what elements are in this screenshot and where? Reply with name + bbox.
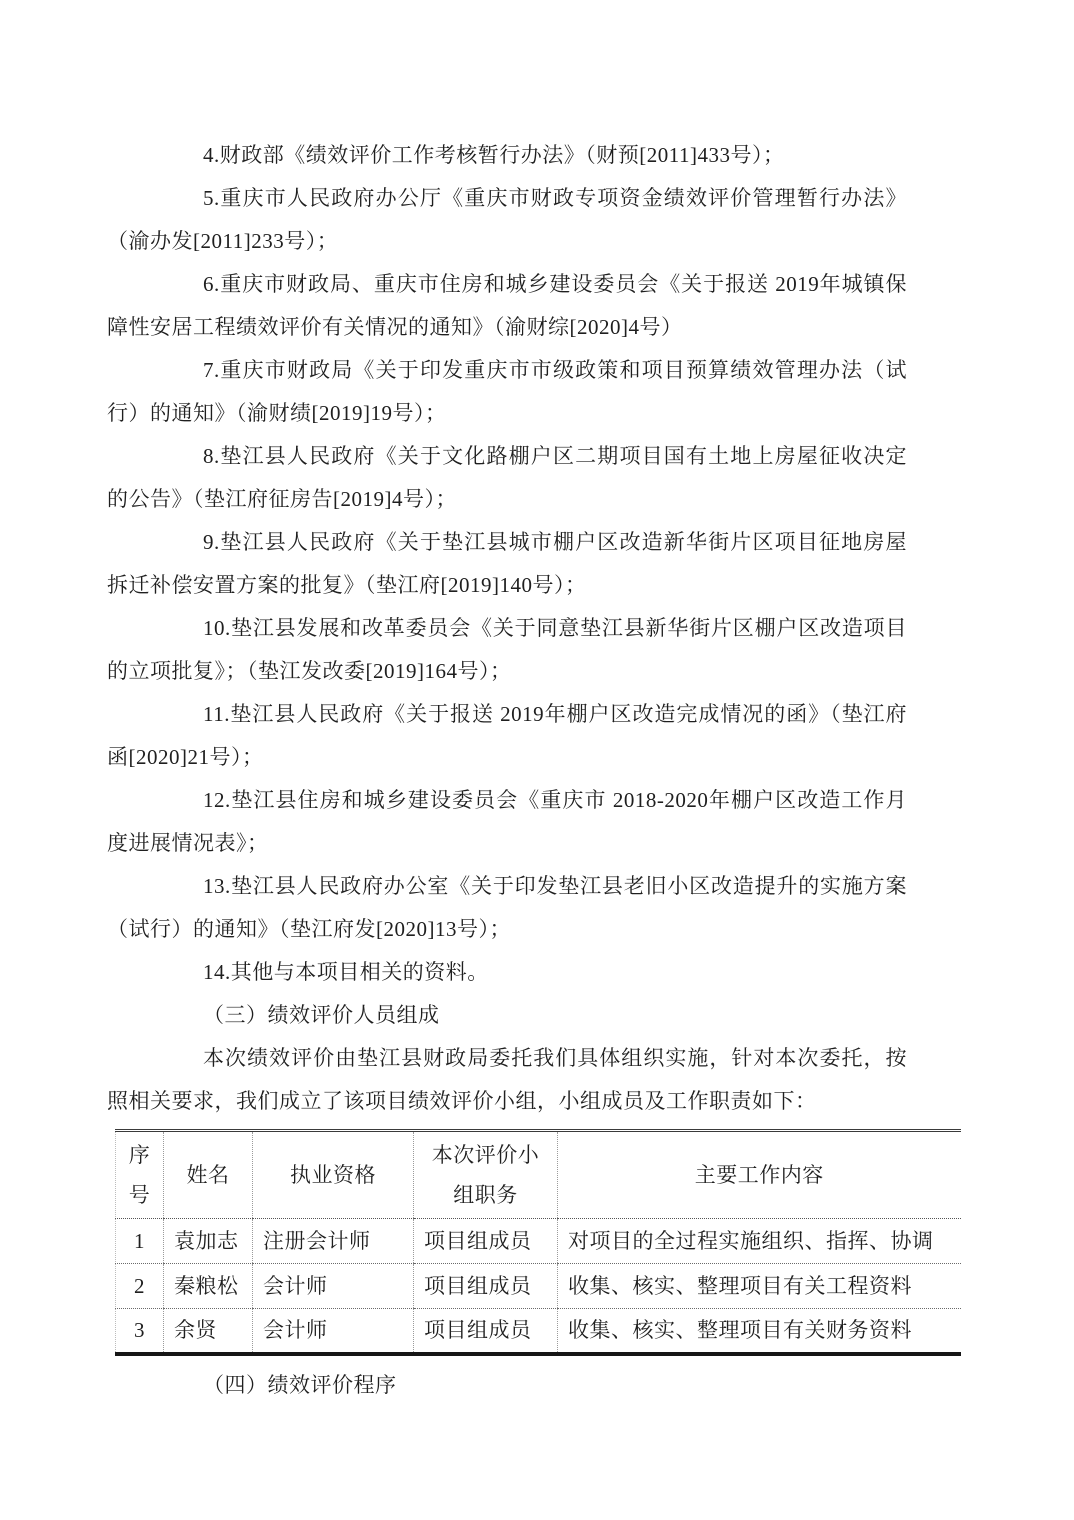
list-item-10: 10.垫江县发展和改革委员会《关于同意垫江县新华街片区棚户区改造项目的立项批复》… (107, 607, 907, 693)
list-item-4: 4.财政部《绩效评价工作考核暂行办法》（财预[2011]433号）； (107, 134, 907, 177)
cell-role: 项目组成员 (414, 1219, 558, 1264)
cell-name: 袁加志 (164, 1219, 253, 1264)
list-item-9: 9.垫江县人民政府《关于垫江县城市棚户区改造新华街片区项目征地房屋拆迁补偿安置方… (107, 521, 907, 607)
cell-name: 秦粮松 (164, 1264, 253, 1309)
cell-duty: 收集、核实、整理项目有关工程资料 (558, 1264, 961, 1309)
cell-index: 1 (116, 1219, 164, 1264)
list-item-13: 13.垫江县人民政府办公室《关于印发垫江县老旧小区改造提升的实施方案（试行）的通… (107, 865, 907, 951)
list-item-12: 12.垫江县住房和城乡建设委员会《重庆市 2018-2020年棚户区改造工作月度… (107, 779, 907, 865)
cell-duty: 对项目的全过程实施组织、指挥、协调 (558, 1219, 961, 1264)
document-content: 4.财政部《绩效评价工作考核暂行办法》（财预[2011]433号）； 5.重庆市… (107, 134, 907, 1407)
column-header-name: 姓名 (164, 1131, 253, 1219)
cell-role: 项目组成员 (414, 1309, 558, 1354)
section-4-heading: （四）绩效评价程序 (107, 1364, 907, 1407)
cell-index: 2 (116, 1264, 164, 1309)
section-3-heading: （三）绩效评价人员组成 (107, 994, 907, 1037)
cell-name: 余贤 (164, 1309, 253, 1354)
column-header-index: 序号 (116, 1131, 164, 1219)
table-row-3: 3 余贤 会计师 项目组成员 收集、核实、整理项目有关财务资料 (116, 1309, 961, 1354)
document-page: 4.财政部《绩效评价工作考核暂行办法》（财预[2011]433号）； 5.重庆市… (0, 0, 1074, 1520)
table-row-2: 2 秦粮松 会计师 项目组成员 收集、核实、整理项目有关工程资料 (116, 1264, 961, 1309)
cell-credential: 会计师 (253, 1264, 414, 1309)
cell-duty: 收集、核实、整理项目有关财务资料 (558, 1309, 961, 1354)
table-row-1: 1 袁加志 注册会计师 项目组成员 对项目的全过程实施组织、指挥、协调 (116, 1219, 961, 1264)
list-item-11: 11.垫江县人民政府《关于报送 2019年棚户区改造完成情况的函》（垫江府函[2… (107, 693, 907, 779)
list-item-6: 6.重庆市财政局、重庆市住房和城乡建设委员会《关于报送 2019年城镇保障性安居… (107, 263, 907, 349)
cell-credential: 注册会计师 (253, 1219, 414, 1264)
column-header-duty: 主要工作内容 (558, 1131, 961, 1219)
cell-credential: 会计师 (253, 1309, 414, 1354)
list-item-7: 7.重庆市财政局《关于印发重庆市市级政策和项目预算绩效管理办法（试行）的通知》（… (107, 349, 907, 435)
cell-role: 项目组成员 (414, 1264, 558, 1309)
list-item-14: 14.其他与本项目相关的资料。 (107, 951, 907, 994)
column-header-role: 本次评价小组职务 (414, 1131, 558, 1219)
evaluation-team-table: 序号 姓名 执业资格 本次评价小组职务 主要工作内容 1 袁加志 注册会计师 项… (115, 1129, 961, 1356)
list-item-8: 8.垫江县人民政府《关于文化路棚户区二期项目国有土地上房屋征收决定的公告》（垫江… (107, 435, 907, 521)
list-item-5: 5.重庆市人民政府办公厅《重庆市财政专项资金绩效评价管理暂行办法》（渝办发[20… (107, 177, 907, 263)
table-header-row: 序号 姓名 执业资格 本次评价小组职务 主要工作内容 (116, 1131, 961, 1219)
cell-index: 3 (116, 1309, 164, 1354)
intro-paragraph: 本次绩效评价由垫江县财政局委托我们具体组织实施，针对本次委托，按照相关要求，我们… (107, 1037, 907, 1123)
column-header-credential: 执业资格 (253, 1131, 414, 1219)
